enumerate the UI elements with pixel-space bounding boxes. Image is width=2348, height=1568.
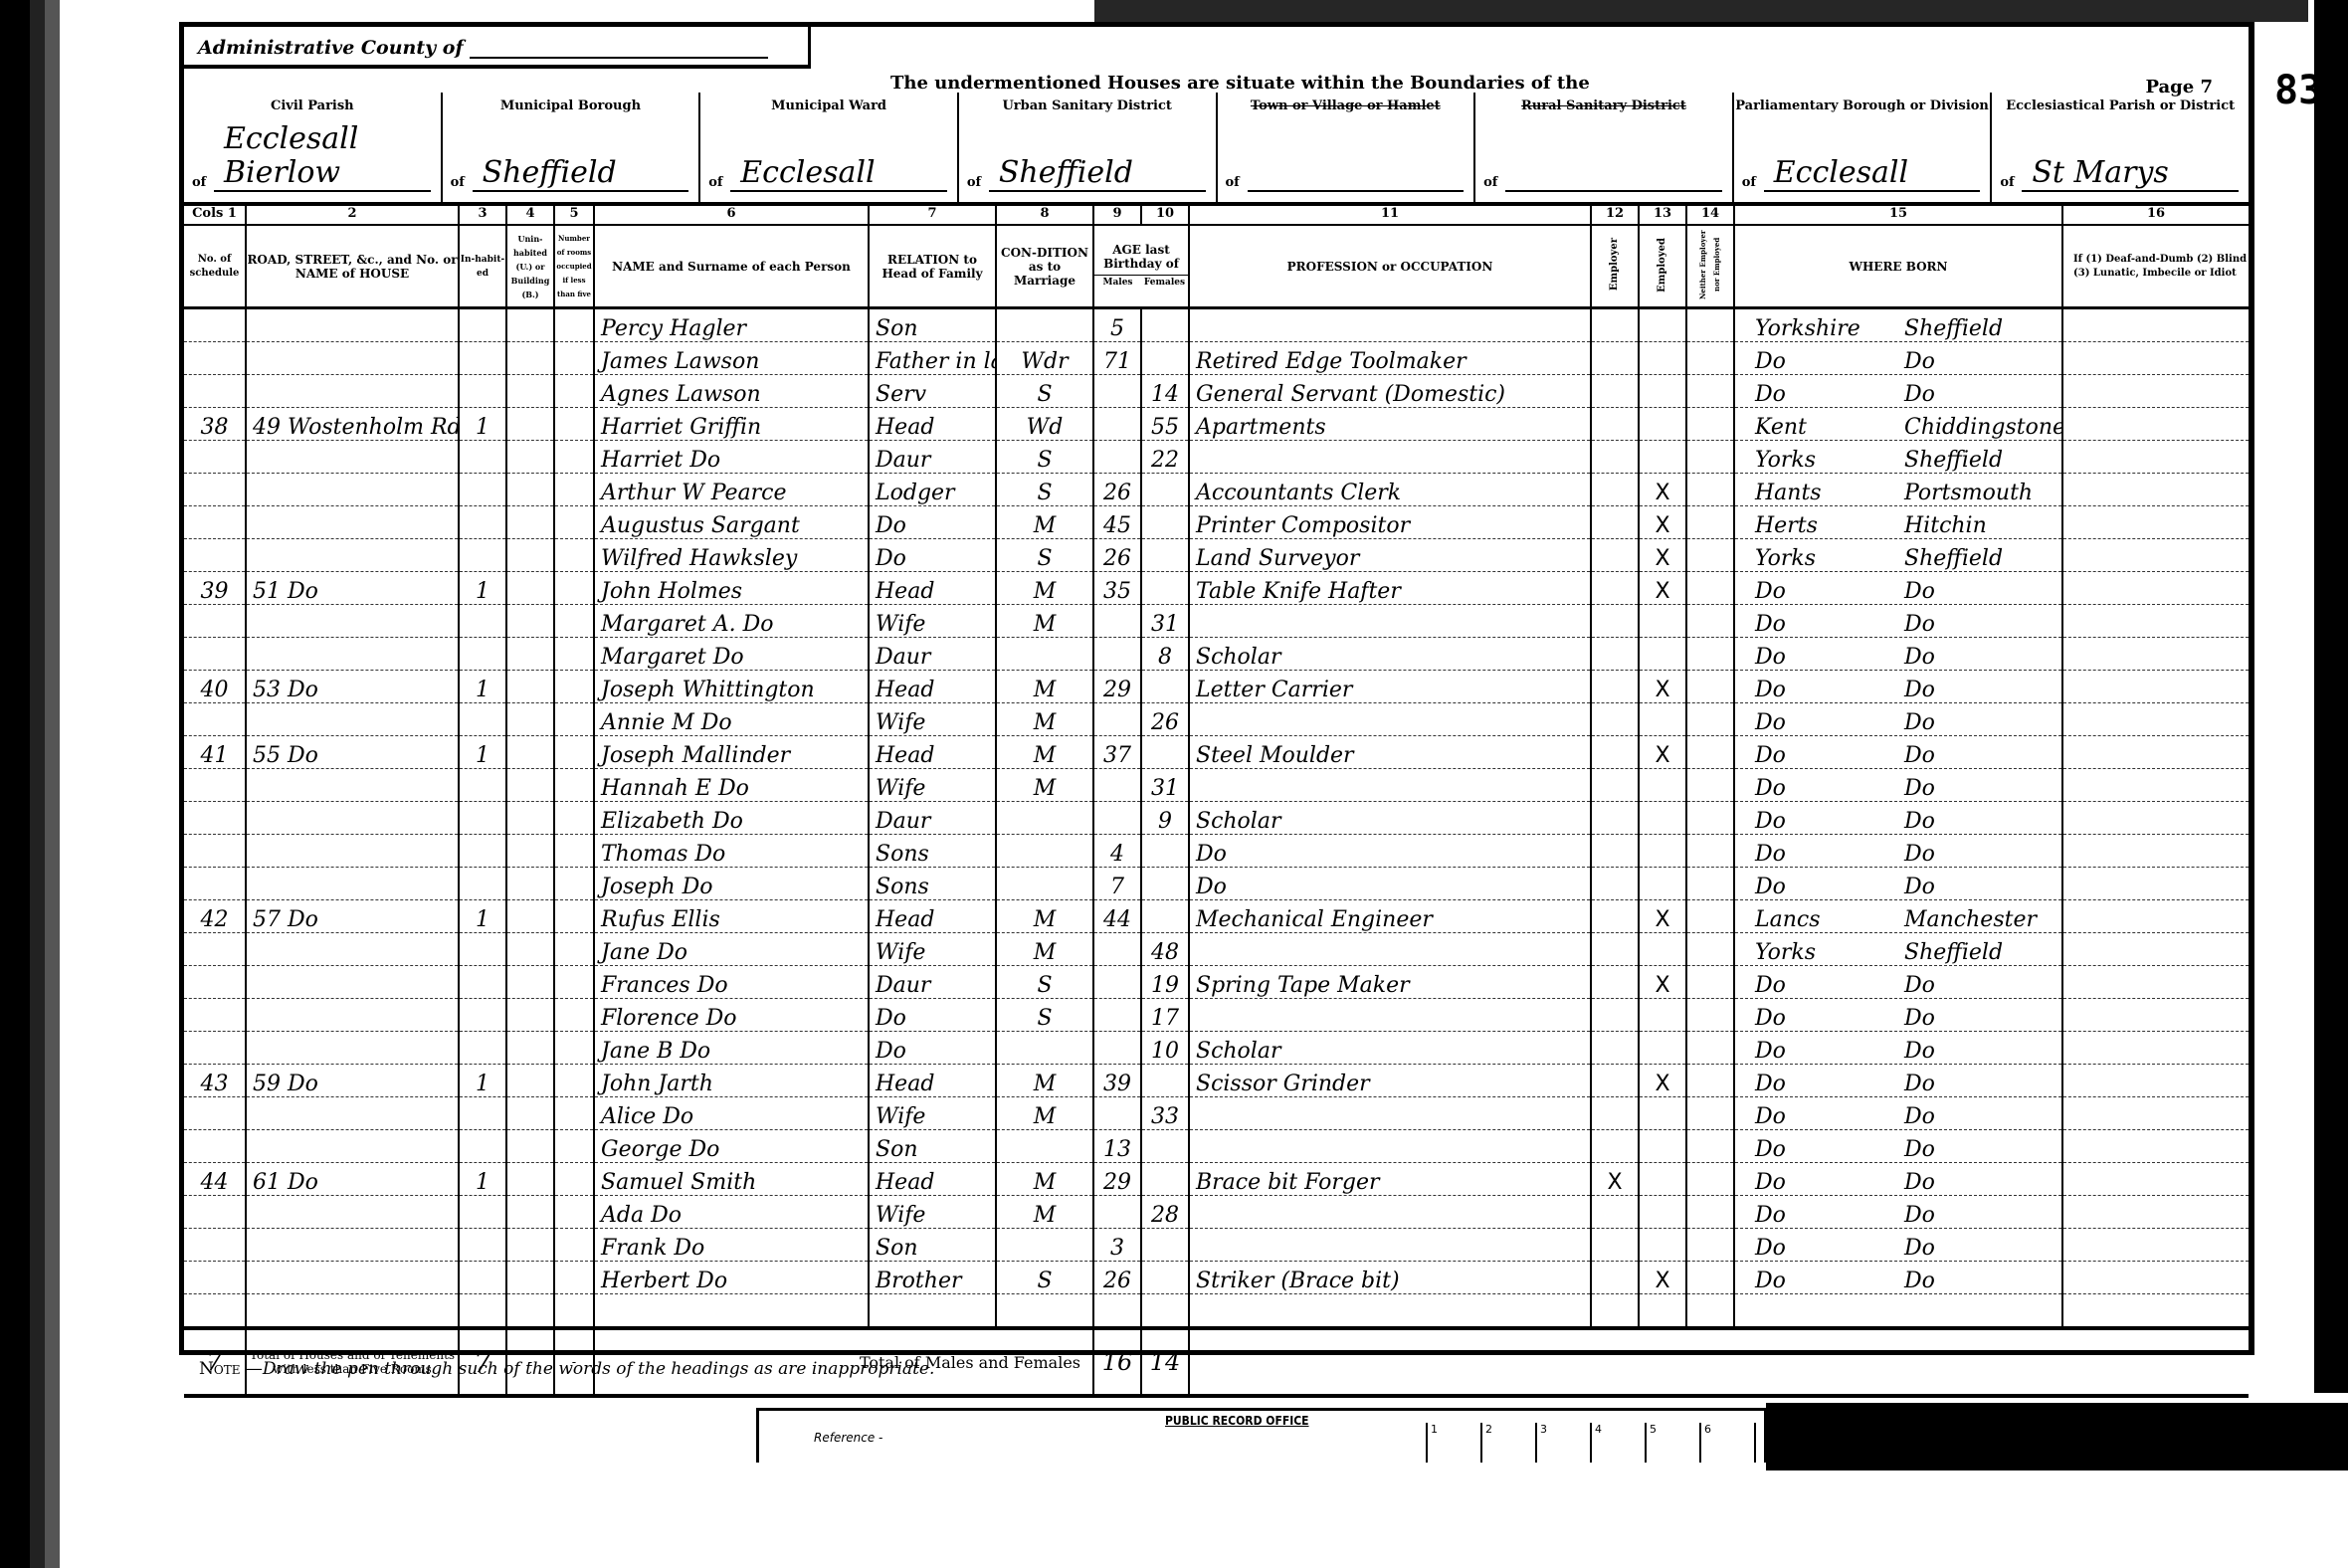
male-age bbox=[1093, 1294, 1141, 1329]
relation: Head bbox=[869, 572, 996, 605]
schedule-no bbox=[184, 703, 246, 736]
inhabited bbox=[459, 375, 506, 408]
born-place: Do bbox=[1904, 1269, 1935, 1293]
employer-mark bbox=[1591, 868, 1639, 900]
neither-mark bbox=[1686, 1065, 1734, 1097]
neither-mark bbox=[1686, 474, 1734, 506]
rooms bbox=[554, 1196, 594, 1229]
uninhabited bbox=[506, 342, 554, 375]
where-born: YorkshireSheffield bbox=[1734, 308, 2062, 342]
born-county: Do bbox=[1741, 875, 1904, 899]
person-name: Percy Hagler bbox=[594, 308, 869, 342]
born-place: Do bbox=[1904, 349, 1935, 374]
born-place: Sheffield bbox=[1904, 448, 2003, 473]
table-row: Hannah E DoWifeM31DoDo bbox=[184, 769, 2249, 802]
relation: Serv bbox=[869, 375, 996, 408]
col-number: 13 bbox=[1639, 202, 1686, 225]
relation: Wife bbox=[869, 1097, 996, 1130]
employed-mark bbox=[1639, 999, 1686, 1032]
employed-mark: X bbox=[1639, 474, 1686, 506]
employer-mark bbox=[1591, 933, 1639, 966]
male-age bbox=[1093, 966, 1141, 999]
neither-mark bbox=[1686, 1229, 1734, 1262]
table-row: 4053 Do1Joseph WhittingtonHeadM29Letter … bbox=[184, 671, 2249, 703]
uninhabited bbox=[506, 966, 554, 999]
infirmity bbox=[2062, 441, 2249, 474]
male-age bbox=[1093, 802, 1141, 835]
born-place: Do bbox=[1904, 1072, 1935, 1096]
male-age: 71 bbox=[1093, 342, 1141, 375]
male-age: 29 bbox=[1093, 671, 1141, 703]
employer-mark bbox=[1591, 441, 1639, 474]
employer-mark bbox=[1591, 802, 1639, 835]
relation: Daur bbox=[869, 802, 996, 835]
female-age bbox=[1141, 539, 1189, 572]
employed-mark: X bbox=[1639, 539, 1686, 572]
occupation bbox=[1189, 441, 1591, 474]
person-name: Arthur W Pearce bbox=[594, 474, 869, 506]
occupation: Scholar bbox=[1189, 1032, 1591, 1065]
rooms bbox=[554, 802, 594, 835]
relation: Head bbox=[869, 1163, 996, 1196]
rooms bbox=[554, 1097, 594, 1130]
born-county: Do bbox=[1741, 973, 1904, 998]
inhabited bbox=[459, 441, 506, 474]
schedule-no: 41 bbox=[184, 736, 246, 769]
person-name: Augustus Sargant bbox=[594, 506, 869, 539]
person-name: Agnes Lawson bbox=[594, 375, 869, 408]
district-label: Civil Parish bbox=[184, 98, 441, 113]
infirmity bbox=[2062, 308, 2249, 342]
born-place: Portsmouth bbox=[1904, 481, 2033, 505]
uninhabited bbox=[506, 408, 554, 441]
rooms bbox=[554, 1262, 594, 1294]
occupation: Scholar bbox=[1189, 638, 1591, 671]
person-name: Wilfred Hawksley bbox=[594, 539, 869, 572]
female-age bbox=[1141, 572, 1189, 605]
relation: Wife bbox=[869, 769, 996, 802]
employer-mark bbox=[1591, 638, 1639, 671]
born-place: Do bbox=[1904, 809, 1935, 834]
condition: M bbox=[996, 900, 1093, 933]
table-row: Margaret DoDaur8ScholarDoDo bbox=[184, 638, 2249, 671]
occupation bbox=[1189, 933, 1591, 966]
occupation: Steel Moulder bbox=[1189, 736, 1591, 769]
person-name: Herbert Do bbox=[594, 1262, 869, 1294]
where-born: DoDo bbox=[1734, 966, 2062, 999]
inhabited bbox=[459, 966, 506, 999]
infirmity bbox=[2062, 1294, 2249, 1329]
district-municipal-ward: Municipal Ward of Ecclesall bbox=[700, 93, 959, 202]
born-county: Do bbox=[1741, 612, 1904, 637]
relation: Daur bbox=[869, 966, 996, 999]
rooms bbox=[554, 342, 594, 375]
relation: Head bbox=[869, 671, 996, 703]
occupation: Do bbox=[1189, 835, 1591, 868]
female-age: 26 bbox=[1141, 703, 1189, 736]
female-age: 31 bbox=[1141, 769, 1189, 802]
schedule-no bbox=[184, 933, 246, 966]
condition: M bbox=[996, 736, 1093, 769]
header-where-born: WHERE BORN bbox=[1734, 225, 2062, 308]
person-name: Elizabeth Do bbox=[594, 802, 869, 835]
district-label: Rural Sanitary District bbox=[1475, 98, 1732, 113]
rooms bbox=[554, 933, 594, 966]
employer-mark bbox=[1591, 408, 1639, 441]
neither-mark bbox=[1686, 802, 1734, 835]
header-road: ROAD, STREET, &c., and No. or NAME of HO… bbox=[246, 225, 459, 308]
condition: M bbox=[996, 1097, 1093, 1130]
employer-mark bbox=[1591, 703, 1639, 736]
condition: M bbox=[996, 572, 1093, 605]
schedule-no bbox=[184, 802, 246, 835]
where-born: YorksSheffield bbox=[1734, 539, 2062, 572]
born-place: Do bbox=[1904, 1006, 1935, 1031]
rooms bbox=[554, 1032, 594, 1065]
uninhabited bbox=[506, 703, 554, 736]
col-number: 11 bbox=[1189, 202, 1591, 225]
employed-mark: X bbox=[1639, 900, 1686, 933]
condition: Wdr bbox=[996, 342, 1093, 375]
male-age: 45 bbox=[1093, 506, 1141, 539]
neither-mark bbox=[1686, 375, 1734, 408]
where-born: HertsHitchin bbox=[1734, 506, 2062, 539]
infirmity bbox=[2062, 736, 2249, 769]
table-row: George DoSon13DoDo bbox=[184, 1130, 2249, 1163]
neither-mark bbox=[1686, 769, 1734, 802]
male-age bbox=[1093, 605, 1141, 638]
male-age: 39 bbox=[1093, 1065, 1141, 1097]
inhabited bbox=[459, 868, 506, 900]
condition: S bbox=[996, 1262, 1093, 1294]
schedule-no bbox=[184, 1196, 246, 1229]
uninhabited bbox=[506, 1196, 554, 1229]
relation: Do bbox=[869, 999, 996, 1032]
male-age bbox=[1093, 703, 1141, 736]
employed-mark: X bbox=[1639, 1262, 1686, 1294]
district-label: Urban Sanitary District bbox=[959, 98, 1216, 113]
rooms bbox=[554, 671, 594, 703]
road-address bbox=[246, 1130, 459, 1163]
road-address bbox=[246, 539, 459, 572]
road-address: 55 Do bbox=[246, 736, 459, 769]
born-place: Do bbox=[1904, 776, 1935, 801]
where-born: DoDo bbox=[1734, 572, 2062, 605]
district-value: Ecclesall Bierlow bbox=[214, 122, 431, 192]
condition: S bbox=[996, 539, 1093, 572]
inhabited bbox=[459, 342, 506, 375]
col-number: 8 bbox=[996, 202, 1093, 225]
district-value: Sheffield bbox=[989, 156, 1206, 192]
col-number: 3 bbox=[459, 202, 506, 225]
male-age: 7 bbox=[1093, 868, 1141, 900]
condition bbox=[996, 1229, 1093, 1262]
female-age bbox=[1141, 506, 1189, 539]
female-age bbox=[1141, 1130, 1189, 1163]
male-age bbox=[1093, 375, 1141, 408]
born-county: Do bbox=[1741, 1269, 1904, 1293]
note-prefix: Note bbox=[199, 1359, 240, 1379]
relation: Son bbox=[869, 308, 996, 342]
occupation: Scissor Grinder bbox=[1189, 1065, 1591, 1097]
infirmity bbox=[2062, 900, 2249, 933]
born-place: Sheffield bbox=[1904, 546, 2003, 571]
female-age: 8 bbox=[1141, 638, 1189, 671]
employed-mark bbox=[1639, 835, 1686, 868]
where-born: DoDo bbox=[1734, 835, 2062, 868]
infirmity bbox=[2062, 769, 2249, 802]
born-county: Hants bbox=[1741, 481, 1904, 505]
district-rural-sanitary: Rural Sanitary District of bbox=[1475, 93, 1734, 202]
district-label: Town or Village or Hamlet bbox=[1218, 98, 1474, 113]
neither-mark bbox=[1686, 703, 1734, 736]
female-age bbox=[1141, 1294, 1189, 1329]
where-born: DoDo bbox=[1734, 375, 2062, 408]
female-age bbox=[1141, 1262, 1189, 1294]
schedule-no: 38 bbox=[184, 408, 246, 441]
female-age: 19 bbox=[1141, 966, 1189, 999]
reference-label: Reference - bbox=[814, 1431, 882, 1445]
condition: M bbox=[996, 703, 1093, 736]
employer-mark bbox=[1591, 605, 1639, 638]
relation: Wife bbox=[869, 703, 996, 736]
condition bbox=[996, 802, 1093, 835]
occupation bbox=[1189, 605, 1591, 638]
relation: Head bbox=[869, 1065, 996, 1097]
born-place: Do bbox=[1904, 710, 1935, 735]
males-total: 16 bbox=[1093, 1328, 1141, 1396]
table-row: Augustus SargantDoM45Printer CompositorX… bbox=[184, 506, 2249, 539]
infirmity bbox=[2062, 671, 2249, 703]
born-place: Do bbox=[1904, 1104, 1935, 1129]
born-county: Lancs bbox=[1741, 907, 1904, 932]
uninhabited bbox=[506, 605, 554, 638]
neither-mark bbox=[1686, 671, 1734, 703]
neither-mark bbox=[1686, 1097, 1734, 1130]
born-county: Do bbox=[1741, 743, 1904, 768]
table-row: 4359 Do1John JarthHeadM39Scissor Grinder… bbox=[184, 1065, 2249, 1097]
where-born bbox=[1734, 1294, 2062, 1329]
employer-mark bbox=[1591, 474, 1639, 506]
road-address bbox=[246, 474, 459, 506]
neither-mark bbox=[1686, 1196, 1734, 1229]
uninhabited bbox=[506, 933, 554, 966]
condition: M bbox=[996, 1163, 1093, 1196]
road-address bbox=[246, 1196, 459, 1229]
rooms bbox=[554, 1130, 594, 1163]
occupation: Land Surveyor bbox=[1189, 539, 1591, 572]
col-number: 2 bbox=[246, 202, 459, 225]
column-number-row: Cols 1 2 3 4 5 6 7 8 9 10 11 12 13 14 15… bbox=[184, 202, 2249, 225]
condition: Wd bbox=[996, 408, 1093, 441]
infirmity bbox=[2062, 408, 2249, 441]
scan-shadow bbox=[1766, 1403, 2348, 1470]
born-place: Sheffield bbox=[1904, 940, 2003, 965]
where-born: DoDo bbox=[1734, 999, 2062, 1032]
scan-edge-right bbox=[2308, 0, 2348, 1393]
born-place: Do bbox=[1904, 612, 1935, 637]
relation: Son bbox=[869, 1130, 996, 1163]
born-place: Manchester bbox=[1904, 907, 2037, 932]
born-county: Do bbox=[1741, 382, 1904, 407]
inhabited: 1 bbox=[459, 1163, 506, 1196]
table-row: Annie M DoWifeM26DoDo bbox=[184, 703, 2249, 736]
schedule-no bbox=[184, 1294, 246, 1329]
uninhabited bbox=[506, 539, 554, 572]
born-place: Do bbox=[1904, 875, 1935, 899]
infirmity bbox=[2062, 474, 2249, 506]
header-employed: Employed bbox=[1639, 225, 1686, 308]
inhabited bbox=[459, 1262, 506, 1294]
employer-mark bbox=[1591, 1065, 1639, 1097]
person-name: Harriet Griffin bbox=[594, 408, 869, 441]
district-parliamentary: Parliamentary Borough or Division of Ecc… bbox=[1734, 93, 1993, 202]
relation: Head bbox=[869, 900, 996, 933]
employer-mark bbox=[1591, 308, 1639, 342]
road-address bbox=[246, 835, 459, 868]
employer-mark bbox=[1591, 506, 1639, 539]
person-name: Florence Do bbox=[594, 999, 869, 1032]
district-label: Parliamentary Borough or Division bbox=[1734, 98, 1991, 113]
occupation: Scholar bbox=[1189, 802, 1591, 835]
inhabited bbox=[459, 605, 506, 638]
born-county: Do bbox=[1741, 1203, 1904, 1228]
employer-mark bbox=[1591, 900, 1639, 933]
rooms bbox=[554, 769, 594, 802]
road-address bbox=[246, 703, 459, 736]
occupation bbox=[1189, 703, 1591, 736]
rooms bbox=[554, 703, 594, 736]
infirmity bbox=[2062, 1196, 2249, 1229]
uninhabited bbox=[506, 474, 554, 506]
person-name: Annie M Do bbox=[594, 703, 869, 736]
born-county: Do bbox=[1741, 579, 1904, 604]
employer-mark bbox=[1591, 1229, 1639, 1262]
female-age bbox=[1141, 835, 1189, 868]
where-born: DoDo bbox=[1734, 671, 2062, 703]
male-age bbox=[1093, 408, 1141, 441]
employer-mark bbox=[1591, 539, 1639, 572]
person-name: Joseph Do bbox=[594, 868, 869, 900]
of-label: of bbox=[2000, 175, 2014, 190]
neither-mark bbox=[1686, 1130, 1734, 1163]
male-age: 26 bbox=[1093, 539, 1141, 572]
uninhabited bbox=[506, 835, 554, 868]
male-age: 26 bbox=[1093, 1262, 1141, 1294]
where-born: DoDo bbox=[1734, 1097, 2062, 1130]
infirmity bbox=[2062, 868, 2249, 900]
born-place: Do bbox=[1904, 1203, 1935, 1228]
district-town-village: Town or Village or Hamlet of bbox=[1218, 93, 1476, 202]
district-label: Municipal Borough bbox=[443, 98, 699, 113]
employer-mark bbox=[1591, 1130, 1639, 1163]
where-born: DoDo bbox=[1734, 1065, 2062, 1097]
table-row: Joseph DoSons7DoDoDo bbox=[184, 868, 2249, 900]
infirmity bbox=[2062, 506, 2249, 539]
female-age: 55 bbox=[1141, 408, 1189, 441]
district-value: Ecclesall bbox=[1764, 156, 1981, 192]
table-row: Herbert DoBrotherS26Striker (Brace bit)X… bbox=[184, 1262, 2249, 1294]
condition bbox=[996, 1130, 1093, 1163]
inhabited bbox=[459, 638, 506, 671]
male-age bbox=[1093, 441, 1141, 474]
road-address: 59 Do bbox=[246, 1065, 459, 1097]
born-place: Do bbox=[1904, 678, 1935, 702]
born-place: Do bbox=[1904, 842, 1935, 867]
scan-edge-top bbox=[1094, 0, 2348, 22]
header-inhabited: In-habit-ed bbox=[459, 225, 506, 308]
rooms bbox=[554, 572, 594, 605]
table-row: Jane DoWifeM48YorksSheffield bbox=[184, 933, 2249, 966]
schedule-no bbox=[184, 769, 246, 802]
road-address: 57 Do bbox=[246, 900, 459, 933]
table-row: Agnes LawsonServS14General Servant (Dome… bbox=[184, 375, 2249, 408]
col-number: 12 bbox=[1591, 202, 1639, 225]
female-age: 14 bbox=[1141, 375, 1189, 408]
infirmity bbox=[2062, 1032, 2249, 1065]
header-condition: CON-DITION as to Marriage bbox=[996, 225, 1093, 308]
inhabited bbox=[459, 703, 506, 736]
occupation bbox=[1189, 1130, 1591, 1163]
where-born: KentChiddingstone bbox=[1734, 408, 2062, 441]
infirmity bbox=[2062, 835, 2249, 868]
employer-mark bbox=[1591, 999, 1639, 1032]
table-row: Thomas DoSons4DoDoDo bbox=[184, 835, 2249, 868]
employer-mark bbox=[1591, 1032, 1639, 1065]
condition: M bbox=[996, 671, 1093, 703]
occupation bbox=[1189, 1294, 1591, 1329]
person-name: Harriet Do bbox=[594, 441, 869, 474]
table-row: Alice DoWifeM33DoDo bbox=[184, 1097, 2249, 1130]
infirmity bbox=[2062, 605, 2249, 638]
born-county: Yorks bbox=[1741, 448, 1904, 473]
col-number: 4 bbox=[506, 202, 554, 225]
district-value: Ecclesall bbox=[730, 156, 947, 192]
females-total: 14 bbox=[1141, 1328, 1189, 1396]
born-county: Do bbox=[1741, 1137, 1904, 1162]
male-age bbox=[1093, 933, 1141, 966]
relation: Head bbox=[869, 408, 996, 441]
occupation bbox=[1189, 769, 1591, 802]
occupation: Retired Edge Toolmaker bbox=[1189, 342, 1591, 375]
infirmity bbox=[2062, 638, 2249, 671]
relation: Wife bbox=[869, 933, 996, 966]
infirmity bbox=[2062, 1163, 2249, 1196]
employed-mark: X bbox=[1639, 736, 1686, 769]
occupation: Striker (Brace bit) bbox=[1189, 1262, 1591, 1294]
occupation bbox=[1189, 308, 1591, 342]
male-age bbox=[1093, 638, 1141, 671]
born-county: Do bbox=[1741, 842, 1904, 867]
employer-mark bbox=[1591, 966, 1639, 999]
rooms bbox=[554, 868, 594, 900]
born-place: Do bbox=[1904, 1236, 1935, 1261]
female-age: 9 bbox=[1141, 802, 1189, 835]
district-value: Sheffield bbox=[473, 156, 689, 192]
uninhabited bbox=[506, 1032, 554, 1065]
footnote: Note —Draw the pen through such of the w… bbox=[199, 1359, 934, 1379]
of-label: of bbox=[1226, 175, 1240, 190]
schedule-no: 43 bbox=[184, 1065, 246, 1097]
employed-mark bbox=[1639, 1130, 1686, 1163]
employed-mark bbox=[1639, 408, 1686, 441]
born-place: Do bbox=[1904, 1039, 1935, 1064]
condition bbox=[996, 1032, 1093, 1065]
rooms bbox=[554, 1065, 594, 1097]
employed-mark bbox=[1639, 441, 1686, 474]
table-row: Harriet DoDaurS22YorksSheffield bbox=[184, 441, 2249, 474]
neither-mark bbox=[1686, 835, 1734, 868]
